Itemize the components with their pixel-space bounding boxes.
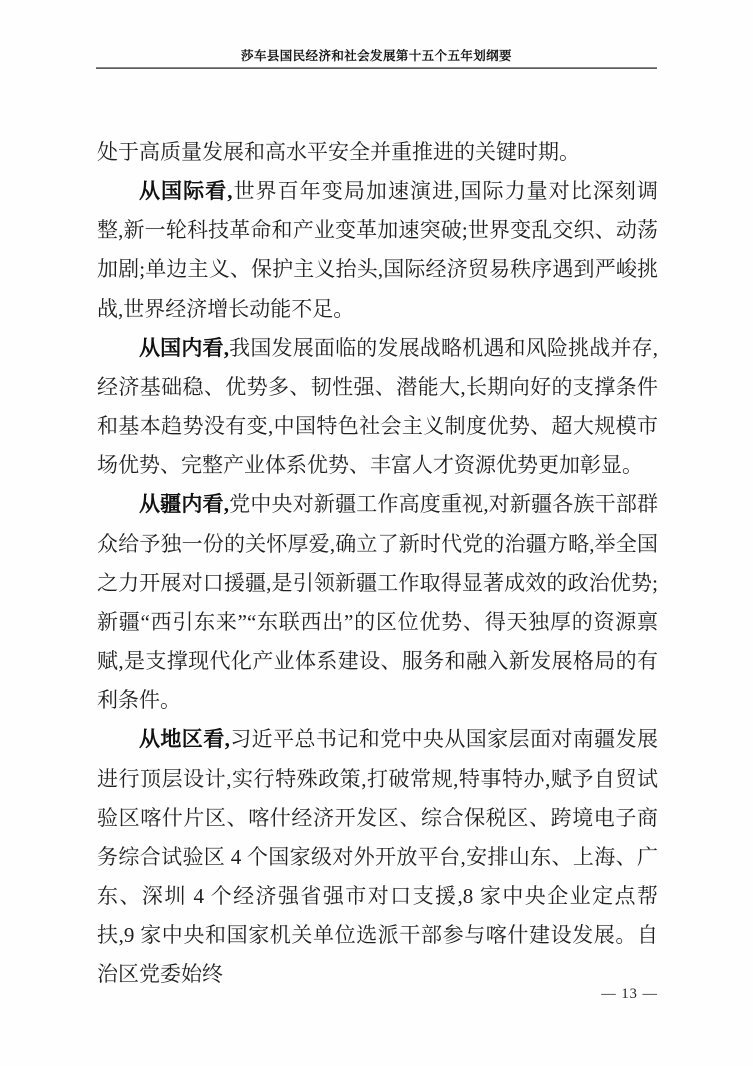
paragraph-text: 习近平总书记和党中央从国家层面对南疆发展进行顶层设计,实行特殊政策,打破常规,特… [97, 727, 658, 986]
paragraph-lead: 从国际看, [139, 179, 233, 203]
paragraph-lead: 从疆内看, [139, 492, 229, 516]
running-header-title: 莎车县国民经济和社会发展第十五个五年划纲要 [96, 0, 657, 64]
paragraph-lead: 从地区看, [139, 727, 230, 751]
paragraph-lead: 从国内看, [139, 336, 229, 360]
header-divider-rule [96, 67, 657, 69]
page-header: 莎车县国民经济和社会发展第十五个五年划纲要 [96, 0, 657, 69]
paragraph-international: 从国际看,世界百年变局加速演进,国际力量对比深刻调整,新一轮科技革命和产业变革加… [97, 172, 658, 329]
page-footer: — 13 — [97, 986, 658, 1003]
document-page: 莎车县国民经济和社会发展第十五个五年划纲要 处于高质量发展和高水平安全并重推进的… [0, 0, 753, 1066]
paragraph-domestic: 从国内看,我国发展面临的发展战略机遇和风险挑战并存,经济基础稳、优势多、韧性强、… [97, 329, 658, 486]
document-body: 处于高质量发展和高水平安全并重推进的关键时期。 从国际看,世界百年变局加速演进,… [97, 133, 658, 994]
paragraph-xinjiang: 从疆内看,党中央对新疆工作高度重视,对新疆各族干部群众给予独一份的关怀厚爱,确立… [97, 485, 658, 720]
paragraph-text: 处于高质量发展和高水平安全并重推进的关键时期。 [97, 140, 580, 164]
page-number: — 13 — [601, 986, 658, 1002]
paragraph-region: 从地区看,习近平总书记和党中央从国家层面对南疆发展进行顶层设计,实行特殊政策,打… [97, 720, 658, 994]
paragraph-text: 党中央对新疆工作高度重视,对新疆各族干部群众给予独一份的关怀厚爱,确立了新时代党… [97, 492, 658, 712]
paragraph-continuation: 处于高质量发展和高水平安全并重推进的关键时期。 [97, 133, 658, 172]
